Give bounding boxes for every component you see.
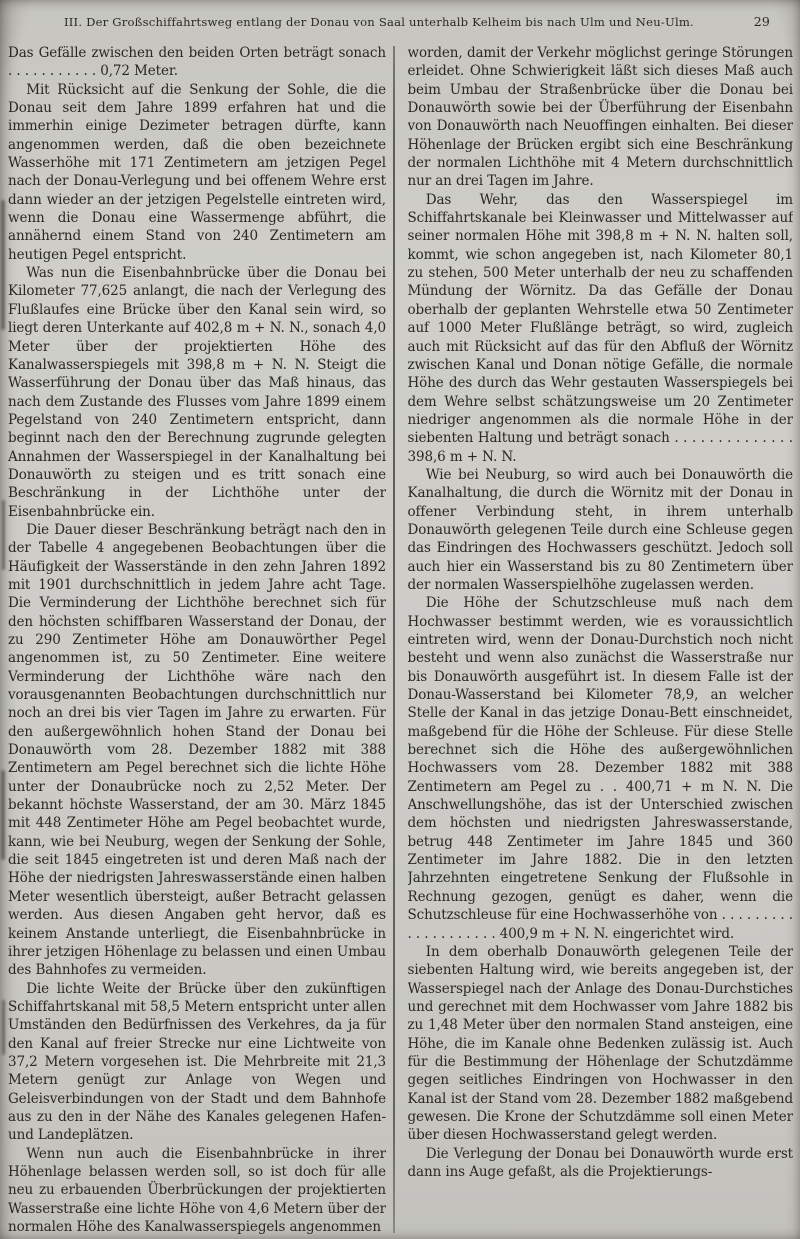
page-header: III. Der Großschiffahrtsweg entlang der … (64, 14, 770, 29)
book-page: III. Der Großschiffahrtsweg entlang der … (0, 0, 800, 1239)
paragraph: Das Wehr, das den Wasserspiegel im Schif… (408, 191, 794, 466)
paragraph: Was nun die Eisenbahnbrücke über die Don… (8, 264, 386, 521)
scan-artifact (2, 500, 5, 570)
paragraph: Die Höhe der Schutzschleuse muß nach dem… (408, 594, 794, 943)
scan-artifact (2, 1000, 5, 1055)
running-title: III. Der Großschiffahrtsweg entlang der … (64, 15, 694, 29)
paragraph: Das Gefälle zwischen den beiden Orten be… (8, 44, 386, 81)
scan-artifact (1, 770, 5, 860)
text-column-left: Das Gefälle zwischen den beiden Orten be… (8, 44, 386, 1235)
paragraph: Wenn nun auch die Eisenbahnbrücke in ihr… (8, 1145, 386, 1235)
column-divider (393, 46, 395, 1233)
scan-artifact (1, 200, 5, 330)
paragraph: worden, damit der Verkehr möglichst geri… (408, 44, 794, 191)
paragraph: Die lichte Weite der Brücke über den zuk… (8, 980, 386, 1145)
paragraph: Die Dauer dieser Beschränkung beträgt na… (8, 521, 386, 980)
two-column-text-block: Das Gefälle zwischen den beiden Orten be… (8, 44, 793, 1239)
page-number: 29 (754, 14, 770, 29)
paragraph: Die Verlegung der Donau bei Donauwörth w… (408, 1145, 794, 1182)
paragraph: Mit Rücksicht auf die Senkung der Sohle,… (8, 81, 386, 264)
paragraph: In dem oberhalb Donauwörth gelegenen Tei… (408, 943, 794, 1145)
text-column-right: worden, damit der Verkehr möglichst geri… (408, 44, 794, 1235)
paragraph: Wie bei Neuburg, so wird auch bei Donauw… (408, 466, 794, 594)
